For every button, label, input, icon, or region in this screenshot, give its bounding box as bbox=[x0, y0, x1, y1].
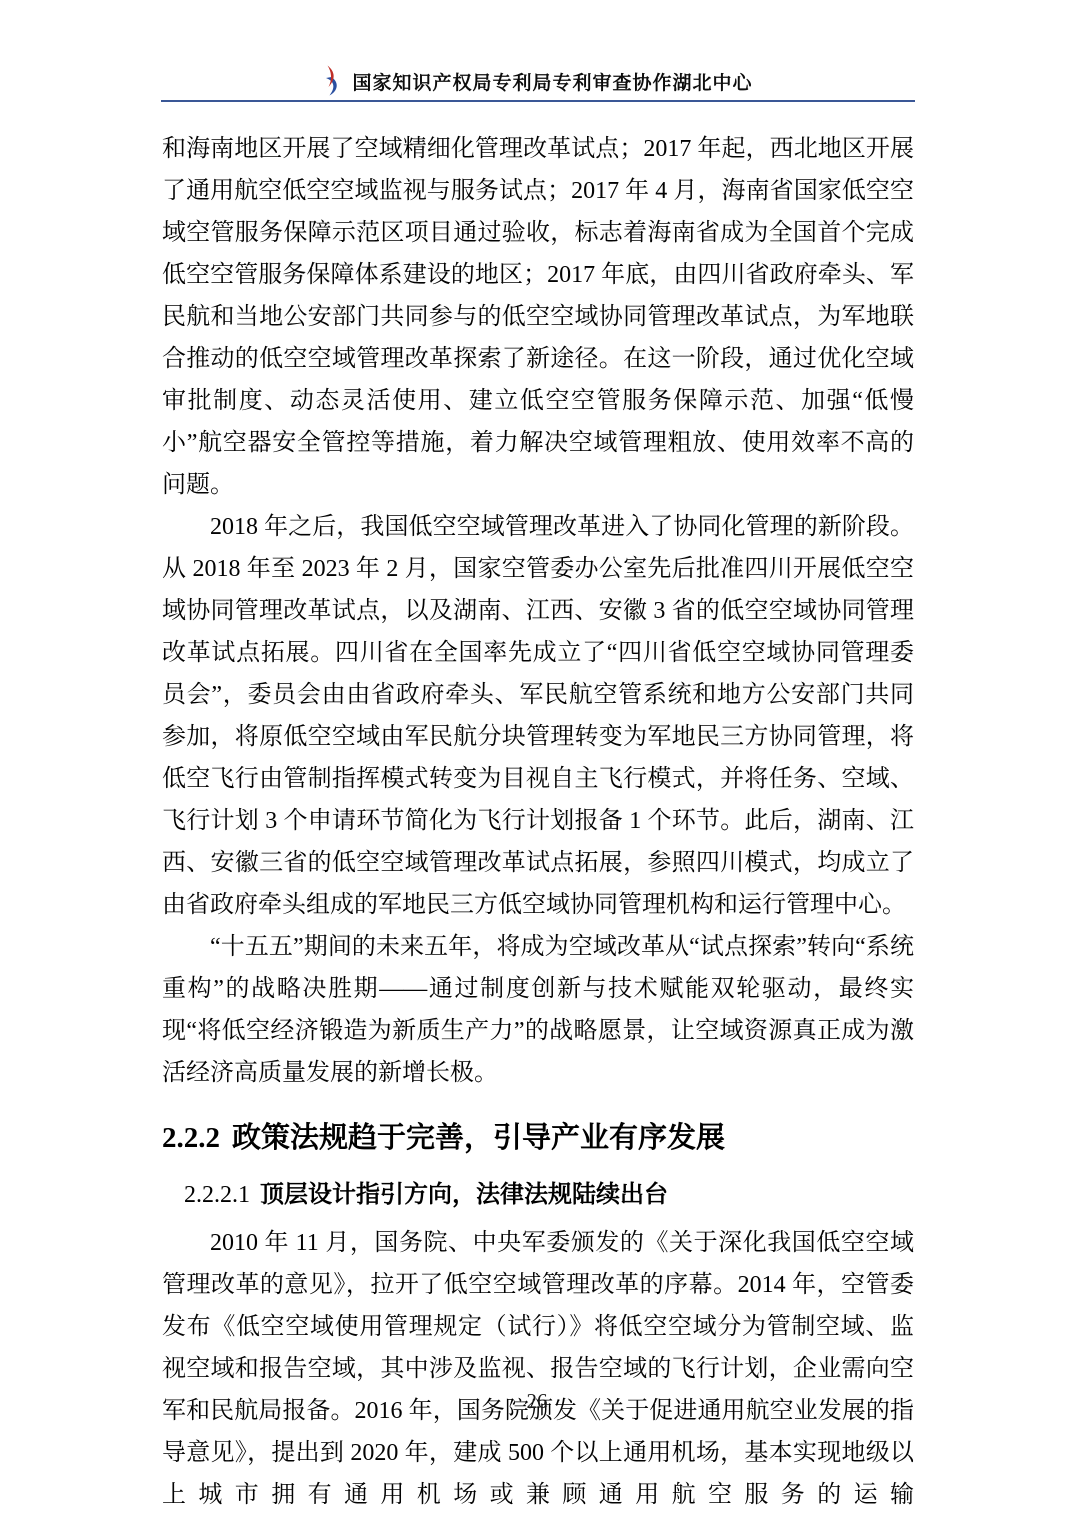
paragraph-collaborative-stage: 2018 年之后，我国低空空域管理改革进入了协同化管理的新阶段。从 2018 年… bbox=[162, 506, 914, 926]
org-logo-icon bbox=[321, 65, 341, 97]
section-heading: 2.2.2政策法规趋于完善，引导产业有序发展 bbox=[162, 1120, 914, 1156]
page-number: 26 bbox=[0, 1389, 1074, 1414]
paragraph-policy-history: 2010 年 11 月，国务院、中央军委颁发的《关于深化我国低空空域管理改革的意… bbox=[162, 1222, 914, 1516]
paragraph-airspace-pilot: 和海南地区开展了空域精细化管理改革试点；2017 年起，西北地区开展了通用航空低… bbox=[162, 128, 914, 506]
section-heading-text: 政策法规趋于完善，引导产业有序发展 bbox=[232, 1122, 725, 1154]
subsection-heading-number: 2.2.2.1 bbox=[184, 1182, 250, 1208]
document-page: 国家知识产权局专利局专利审查协作湖北中心 和海南地区开展了空域精细化管理改革试点… bbox=[0, 0, 1074, 1520]
subsection-heading-text: 顶层设计指引方向，法律法规陆续出台 bbox=[260, 1181, 668, 1208]
header-org-name: 国家知识产权局专利局专利审查协作湖北中心 bbox=[352, 68, 752, 95]
document-body: 和海南地区开展了空域精细化管理改革试点；2017 年起，西北地区开展了通用航空低… bbox=[0, 102, 1074, 1516]
page-header: 国家知识产权局专利局专利审查协作湖北中心 bbox=[0, 0, 1074, 102]
subsection-heading: 2.2.2.1顶层设计指引方向，法律法规陆续出台 bbox=[184, 1180, 914, 1210]
paragraph-15th-plan-outlook: “十五五”期间的未来五年，将成为空域改革从“试点探索”转向“系统重构”的战略决胜… bbox=[162, 926, 914, 1094]
section-heading-number: 2.2.2 bbox=[162, 1122, 220, 1154]
